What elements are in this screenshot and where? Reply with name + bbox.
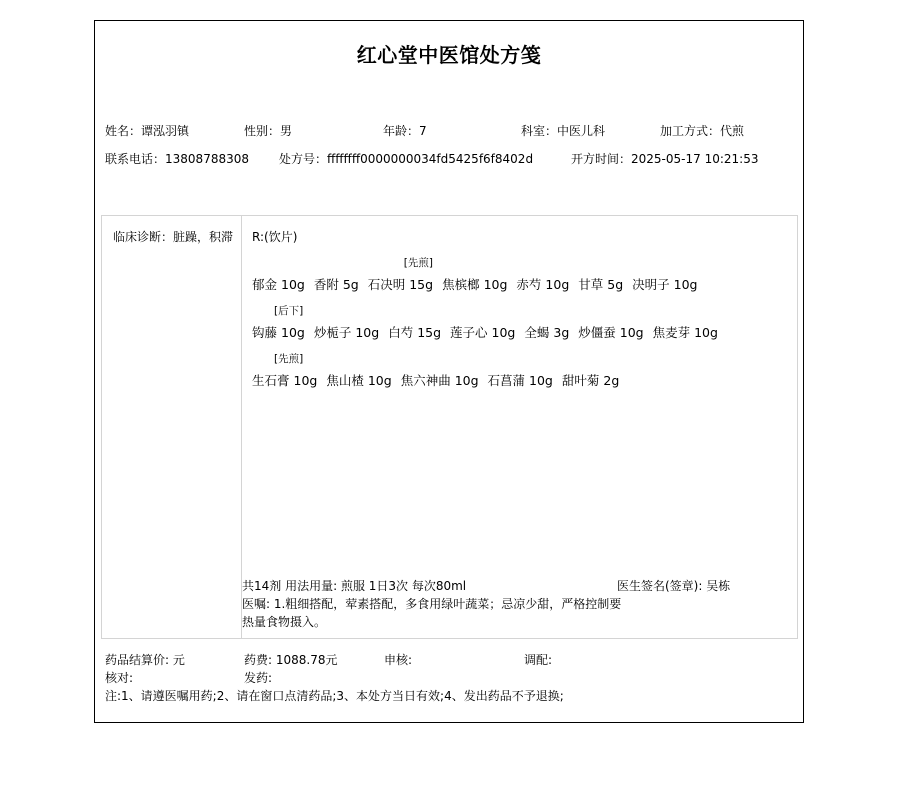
herb-item: 甜叶菊 2g — [562, 371, 619, 389]
prescription-number: 处方号：ffffffff0000000034fd5425f6f8402d — [279, 150, 533, 167]
prescription-time: 开方时间：2025-05-17 10:21:53 — [571, 150, 758, 167]
herb-row-1: 郁金 10g香附 5g[先煎]石决明 15g焦槟榔 10g赤芍 10g甘草 5g… — [252, 275, 707, 293]
herb-name: 焦六神曲 — [401, 373, 451, 388]
herb-item: 焦槟榔 10g — [442, 275, 507, 293]
herb-name: 炒僵蚕 — [578, 325, 616, 340]
herb-item: 香附 5g — [314, 275, 359, 293]
herb-name: 赤芍 — [516, 277, 541, 292]
herb-dose: 10g — [281, 277, 305, 292]
patient-phone: 联系电话：13808788308 — [105, 150, 249, 167]
herb-dose: 15g — [409, 277, 433, 292]
herb-name: 生石膏 — [252, 373, 290, 388]
herb-row-3: [先煎]生石膏 10g焦山楂 10g焦六神曲 10g石菖蒲 10g甜叶菊 2g — [252, 371, 628, 389]
herb-dose: 10g — [492, 325, 516, 340]
herb-item: 郁金 10g — [252, 275, 305, 293]
herb-item: 石菖蒲 10g — [488, 371, 553, 389]
herb-item: 甘草 5g — [578, 275, 623, 293]
herb-item: 全蝎 3g — [524, 323, 569, 341]
herb-note: [先煎] — [404, 255, 433, 270]
usage-dosage: 共14剂 用法用量: 煎服 1日3次 每次80ml — [242, 577, 466, 594]
herb-item: 焦六神曲 10g — [401, 371, 479, 389]
patient-name: 姓名：谭泓羽镇 — [105, 122, 189, 139]
herb-name: 钩藤 — [252, 325, 277, 340]
diagnosis-column: 临床诊断：脏躁，积滞 — [102, 216, 242, 638]
herb-dose: 10g — [694, 325, 718, 340]
herb-dose: 10g — [368, 373, 392, 388]
herb-item: 炒僵蚕 10g — [578, 323, 643, 341]
patient-age: 年龄：7 — [383, 122, 427, 139]
herb-dose: 10g — [484, 277, 508, 292]
drug-settlement-price: 药品结算价: 元 — [105, 651, 185, 668]
herb-item: 焦麦芽 10g — [653, 323, 718, 341]
herb-item: [先煎]生石膏 10g — [252, 371, 317, 389]
herb-name: 郁金 — [252, 277, 277, 292]
herb-note: [后下] — [274, 303, 303, 318]
herb-dose: 5g — [607, 277, 623, 292]
dispense-field: 调配: — [524, 651, 552, 668]
herb-item: 炒栀子 10g — [314, 323, 379, 341]
herb-dose: 10g — [620, 325, 644, 340]
herb-item: 焦山楂 10g — [326, 371, 391, 389]
issue-field: 发药: — [244, 669, 272, 686]
herb-name: 全蝎 — [524, 325, 549, 340]
herb-item: [先煎]石决明 15g — [368, 275, 433, 293]
herb-dose: 5g — [343, 277, 359, 292]
herb-name: 决明子 — [632, 277, 670, 292]
doctor-signature: 医生签名(签章): 吴栋 — [617, 577, 730, 594]
herb-name: 莲子心 — [450, 325, 488, 340]
herb-item: 莲子心 10g — [450, 323, 515, 341]
check-field: 核对: — [105, 669, 133, 686]
herb-name: 白芍 — [388, 325, 413, 340]
herb-note: [先煎] — [274, 351, 303, 366]
herb-dose: 10g — [355, 325, 379, 340]
clinical-diagnosis: 临床诊断：脏躁，积滞 — [113, 228, 235, 246]
herb-dose: 10g — [545, 277, 569, 292]
herb-name: 焦槟榔 — [442, 277, 480, 292]
herb-name: 香附 — [314, 277, 339, 292]
herb-name: 焦山楂 — [326, 373, 364, 388]
herb-item: [后下]钩藤 10g — [252, 323, 305, 341]
herb-dose: 10g — [455, 373, 479, 388]
herb-dose: 10g — [294, 373, 318, 388]
patient-gender: 性别：男 — [244, 122, 292, 139]
herb-dose: 3g — [553, 325, 569, 340]
herb-name: 焦麦芽 — [653, 325, 691, 340]
prescription-body: 临床诊断：脏躁，积滞 R:(饮片) 郁金 10g香附 5g[先煎]石决明 15g… — [101, 215, 798, 639]
herb-item: 赤芍 10g — [516, 275, 569, 293]
herb-name: 石菖蒲 — [488, 373, 526, 388]
herb-name: 石决明 — [368, 277, 406, 292]
herb-dose: 10g — [529, 373, 553, 388]
herb-name: 甘草 — [578, 277, 603, 292]
herb-dose: 10g — [281, 325, 305, 340]
page-title: 红心堂中医馆处方笺 — [95, 39, 803, 68]
herb-dose: 10g — [674, 277, 698, 292]
review-field: 申核: — [384, 651, 412, 668]
footer-notes: 注:1、请遵医嘱用药;2、请在窗口点清药品;3、本处方当日有效;4、发出药品不予… — [105, 687, 564, 704]
rx-label: R:(饮片) — [252, 228, 297, 245]
drug-fee: 药费: 1088.78元 — [244, 651, 337, 668]
herb-name: 甜叶菊 — [562, 373, 600, 388]
prescription-sheet: 红心堂中医馆处方笺 姓名：谭泓羽镇 性别：男 年龄：7 科室：中医儿科 加工方式… — [94, 20, 804, 723]
rx-column: R:(饮片) 郁金 10g香附 5g[先煎]石决明 15g焦槟榔 10g赤芍 1… — [242, 216, 797, 638]
herb-item: 白芍 15g — [388, 323, 441, 341]
herb-dose: 2g — [603, 373, 619, 388]
process-method: 加工方式：代煎 — [660, 122, 744, 139]
herb-name: 炒栀子 — [314, 325, 352, 340]
herb-dose: 15g — [417, 325, 441, 340]
herb-item: 决明子 10g — [632, 275, 697, 293]
department: 科室：中医儿科 — [521, 122, 605, 139]
herb-row-2: [后下]钩藤 10g炒栀子 10g白芍 15g莲子心 10g全蝎 3g炒僵蚕 1… — [252, 323, 727, 341]
doctor-advice: 医嘱: 1.粗细搭配，荤素搭配，多食用绿叶蔬菜；忌凉少甜，严格控制要热量食物摄入… — [242, 595, 622, 631]
